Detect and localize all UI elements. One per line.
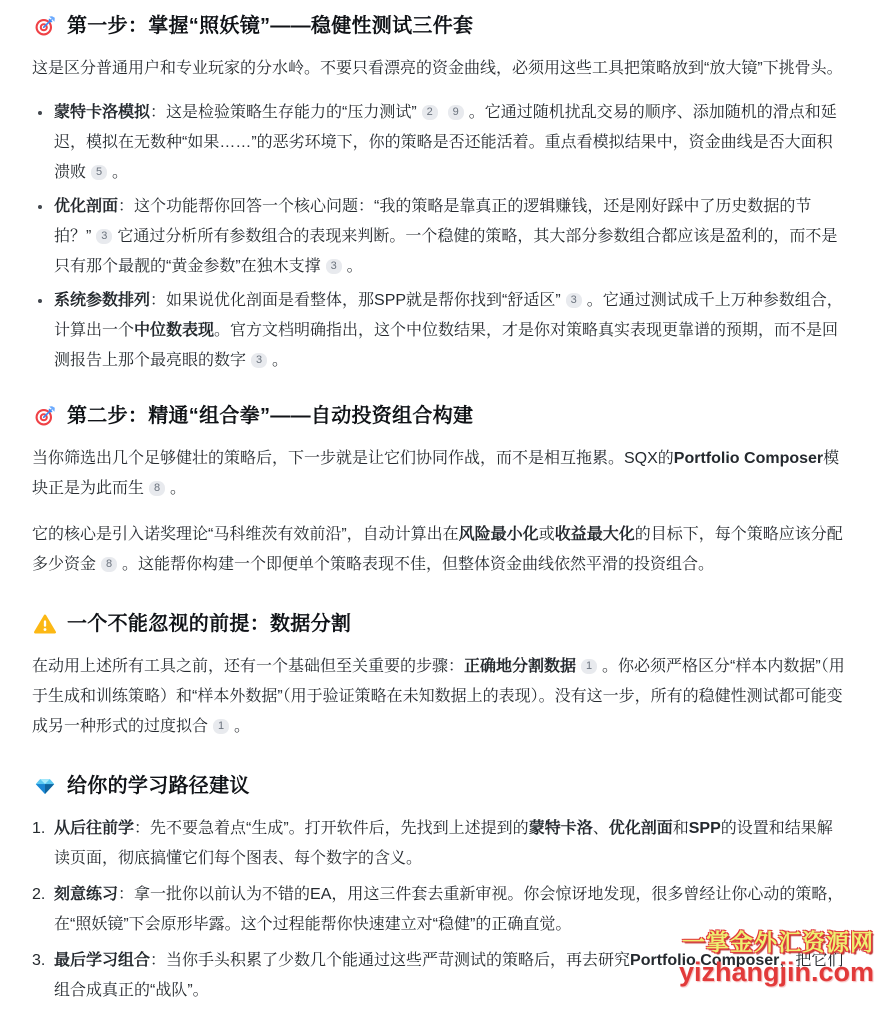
text-segment: 在动用上述所有工具之前，还有一个基础但至关重要的步骤：	[32, 658, 464, 675]
text-segment: 或	[539, 526, 555, 543]
step-item-learn-backwards: 1. 从后往前学：先不要急着点“生成”。打开软件后，先找到上述提到的蒙特卡洛、优…	[32, 814, 846, 874]
gem-icon	[34, 775, 56, 797]
list-item-monte-carlo: 蒙特卡洛模拟：这是检验策略生存能力的“压力测试”29。它通过随机扰乱交易的顺序、…	[32, 98, 846, 188]
text-segment: Portfolio Composer	[674, 450, 823, 467]
text-segment: 。	[112, 164, 128, 181]
paragraph: 它的核心是引入诺奖理论“马科维茨有效前沿”，自动计算出在风险最小化或收益最大化的…	[32, 520, 846, 580]
text-segment: 、	[593, 820, 609, 837]
text-segment: 优化剖面	[609, 820, 673, 837]
text-segment: ：如果说优化剖面是看整体，那SPP就是帮你找到“舒适区”	[150, 292, 561, 309]
section-title: 一个不能忽视的前提：数据分割	[67, 610, 351, 638]
text-segment: 它通过分析所有参数组合的表现来判断。一个稳健的策略，其大部分参数组合都应该是盈利…	[54, 228, 837, 275]
step-number: 3.	[32, 946, 54, 1006]
text-segment: 这是区分普通用户和专业玩家的分水岭。不要只看漂亮的资金曲线，必须用这些工具把策略…	[32, 60, 843, 77]
list-item-text: 蒙特卡洛模拟：这是检验策略生存能力的“压力测试”29。它通过随机扰乱交易的顺序、…	[54, 98, 846, 188]
robustness-tools-list: 蒙特卡洛模拟：这是检验策略生存能力的“压力测试”29。它通过随机扰乱交易的顺序、…	[32, 98, 846, 376]
list-item-text: 系统参数排列：如果说优化剖面是看整体，那SPP就是帮你找到“舒适区”3。它通过测…	[54, 286, 846, 376]
text-segment: 和	[673, 820, 689, 837]
text-segment: 。	[272, 352, 288, 369]
target-icon	[34, 405, 56, 427]
section-title: 第一步：掌握“照妖镜”——稳健性测试三件套	[67, 12, 473, 40]
text-segment: 正确地分割数据	[464, 658, 576, 675]
text-segment: ：这是检验策略生存能力的“压力测试”	[150, 104, 417, 121]
text-segment: 蒙特卡洛模拟	[54, 104, 150, 121]
text-segment: 。	[170, 480, 186, 497]
section-step-one: 第一步：掌握“照妖镜”——稳健性测试三件套 这是区分普通用户和专业玩家的分水岭。…	[32, 12, 846, 376]
text-segment: 。	[347, 258, 363, 275]
section-heading: 第二步：精通“组合拳”——自动投资组合构建	[34, 402, 846, 430]
section-step-two: 第二步：精通“组合拳”——自动投资组合构建 当你筛选出几个足够健壮的策略后，下一…	[32, 402, 846, 580]
citation-badge[interactable]: 3	[566, 293, 582, 308]
text-segment: 风险最小化	[459, 526, 539, 543]
watermark: 一掌金外汇资源网 yizhangjin.com	[679, 930, 874, 988]
section-title: 第二步：精通“组合拳”——自动投资组合构建	[67, 402, 473, 430]
paragraph: 当你筛选出几个足够健壮的策略后，下一步就是让它们协同作战，而不是相互拖累。SQX…	[32, 444, 846, 504]
article: 第一步：掌握“照妖镜”——稳健性测试三件套 这是区分普通用户和专业玩家的分水岭。…	[0, 0, 880, 1006]
step-number: 2.	[32, 880, 54, 940]
watermark-site-name: 一掌金外汇资源网	[679, 930, 874, 955]
bullet-dot	[38, 205, 42, 209]
section-heading: 给你的学习路径建议	[34, 772, 846, 800]
step-number: 1.	[32, 814, 54, 874]
text-segment: 优化剖面	[54, 198, 118, 215]
citation-badge[interactable]: 3	[326, 259, 342, 274]
text-segment: 最后学习组合	[54, 952, 150, 969]
section-title: 给你的学习路径建议	[67, 772, 250, 800]
text-segment: SPP	[689, 820, 721, 837]
text-segment: ：拿一批你以前认为不错的EA，用这三件套去重新审视。你会惊讶地发现，很多曾经让你…	[54, 886, 843, 933]
citation-badge[interactable]: 8	[101, 557, 117, 572]
text-segment: 中位数表现	[134, 322, 214, 339]
list-item-text: 优化剖面：这个功能帮你回答一个核心问题：“我的策略是靠真正的逻辑赚钱，还是刚好踩…	[54, 192, 846, 282]
citation-badge[interactable]: 9	[448, 105, 464, 120]
watermark-domain: yizhangjin.com	[679, 958, 874, 988]
text-segment: ：当你手头积累了少数几个能通过这些严苛测试的策略后，再去研究	[150, 952, 630, 969]
bullet-dot	[38, 299, 42, 303]
intro-paragraph: 这是区分普通用户和专业玩家的分水岭。不要只看漂亮的资金曲线，必须用这些工具把策略…	[32, 54, 846, 84]
section-heading: 第一步：掌握“照妖镜”——稳健性测试三件套	[34, 12, 846, 40]
section-data-split-warning: 一个不能忽视的前提：数据分割 在动用上述所有工具之前，还有一个基础但至关重要的步…	[32, 610, 846, 742]
step-item-text: 从后往前学：先不要急着点“生成”。打开软件后，先找到上述提到的蒙特卡洛、优化剖面…	[54, 814, 846, 874]
bullet-dot	[38, 111, 42, 115]
text-segment: 。	[234, 718, 250, 735]
list-item-optimization-profile: 优化剖面：这个功能帮你回答一个核心问题：“我的策略是靠真正的逻辑赚钱，还是刚好踩…	[32, 192, 846, 282]
citation-badge[interactable]: 5	[91, 165, 107, 180]
text-segment: 从后往前学	[54, 820, 134, 837]
text-segment: 当你筛选出几个足够健壮的策略后，下一步就是让它们协同作战，而不是相互拖累。SQX…	[32, 450, 674, 467]
text-segment: ：先不要急着点“生成”。打开软件后，先找到上述提到的	[134, 820, 529, 837]
paragraph: 在动用上述所有工具之前，还有一个基础但至关重要的步骤：正确地分割数据1。你必须严…	[32, 652, 846, 742]
citation-badge[interactable]: 1	[213, 719, 229, 734]
text-segment: 系统参数排列	[54, 292, 150, 309]
text-segment: 刻意练习	[54, 886, 118, 903]
citation-badge[interactable]: 2	[422, 105, 438, 120]
citation-badge[interactable]: 3	[251, 353, 267, 368]
text-segment: 蒙特卡洛	[529, 820, 593, 837]
list-item-spp: 系统参数排列：如果说优化剖面是看整体，那SPP就是帮你找到“舒适区”3。它通过测…	[32, 286, 846, 376]
citation-badge[interactable]: 1	[581, 659, 597, 674]
text-segment: 。这能帮你构建一个即便单个策略表现不佳，但整体资金曲线依然平滑的投资组合。	[122, 556, 714, 573]
target-icon	[34, 15, 56, 37]
section-heading: 一个不能忽视的前提：数据分割	[34, 610, 846, 638]
text-segment: 它的核心是引入诺奖理论“马科维茨有效前沿”，自动计算出在	[32, 526, 459, 543]
citation-badge[interactable]: 3	[96, 229, 112, 244]
warning-icon	[34, 613, 56, 635]
citation-badge[interactable]: 8	[149, 481, 165, 496]
text-segment: 收益最大化	[555, 526, 635, 543]
